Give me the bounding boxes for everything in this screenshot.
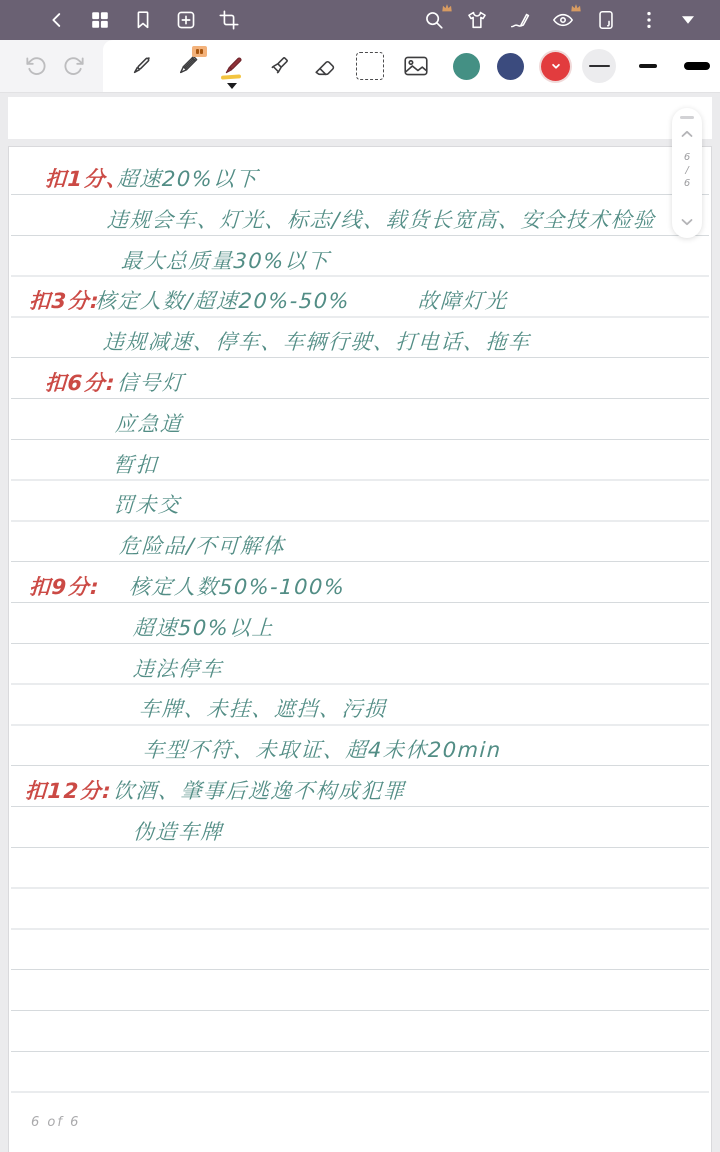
color-swatches-group: [453, 52, 570, 81]
deduction-heading: 扣12分:: [24, 776, 113, 806]
navbar-right-group: [422, 8, 696, 32]
deduction-heading: 扣9分:: [28, 572, 101, 602]
reading-mode-eye-icon[interactable]: [551, 8, 575, 32]
navbar-left-group: [45, 8, 241, 32]
color-swatch-red-selected[interactable]: [541, 52, 570, 81]
page-fraction-separator: /: [685, 164, 688, 177]
lasso-rectangle: [356, 52, 384, 80]
search-icon[interactable]: [422, 8, 446, 32]
premium-crown-icon: [441, 3, 453, 12]
red-pen-tool[interactable]: [217, 44, 247, 88]
color-swatch-navy[interactable]: [497, 53, 524, 80]
undo-icon[interactable]: [21, 44, 51, 88]
stroke-thickness-group: [582, 49, 714, 83]
collapse-toolbar-icon[interactable]: [680, 8, 696, 32]
bookmark-icon[interactable]: [131, 8, 155, 32]
pencil-promo-badge: [192, 46, 207, 57]
back-chevron-icon[interactable]: [45, 8, 69, 32]
handwriting-row: 违规会车、灯光、标志/线、载货长宽高、安全技术检验: [106, 205, 656, 235]
page-indicator: 6 of 6: [31, 1115, 80, 1130]
theme-shirt-icon[interactable]: [465, 8, 489, 32]
page-panel-icon[interactable]: [594, 8, 618, 32]
lasso-select-tool[interactable]: [355, 44, 385, 88]
pencil-tool[interactable]: [171, 44, 201, 88]
color-swatch-teal[interactable]: [453, 53, 480, 80]
handwriting-row: 核定人数/超速20%-50% 故障灯光: [94, 286, 508, 316]
red-pen-dropdown-caret[interactable]: [227, 83, 237, 89]
handwriting-row: 罚未交: [112, 490, 181, 520]
handwriting-row: 暂扣: [112, 450, 159, 480]
deduction-heading: 扣3分:: [28, 286, 101, 316]
current-page-number: 6: [684, 151, 690, 164]
crop-icon[interactable]: [217, 8, 241, 32]
handwriting-row: 危险品/不可解体: [118, 531, 286, 561]
handwriting-row: 伪造车牌: [132, 817, 224, 847]
handwriting-row: 饮酒、肇事后逃逸不构成犯罪: [112, 776, 406, 806]
pages-grid-icon[interactable]: [88, 8, 112, 32]
add-page-icon[interactable]: [174, 8, 198, 32]
app-window: 扣1分、超速20%以下违规会车、灯光、标志/线、载货长宽高、安全技术检验最大总质…: [0, 0, 720, 1152]
page-fraction: 6 / 6: [684, 151, 690, 190]
thickness-medium[interactable]: [631, 49, 665, 83]
thickness-thick[interactable]: [680, 49, 714, 83]
undo-redo-group: [20, 40, 90, 92]
ballpoint-pen-tool[interactable]: [125, 44, 155, 88]
handwriting-row: 车型不符、未取证、超4未休20min: [142, 735, 502, 765]
insert-image-tool[interactable]: [401, 44, 431, 88]
handwriting-row: 核定人数50%-100%: [128, 572, 346, 602]
deduction-heading: 扣6分:: [44, 368, 117, 398]
signature-pen-icon[interactable]: [508, 8, 532, 32]
handwriting-row: 超速50%以上: [132, 613, 275, 643]
page-scroller[interactable]: 6 / 6: [672, 108, 702, 238]
chevron-down-icon: [549, 59, 563, 73]
pen-tools-group: [117, 44, 439, 88]
navigation-bar: [0, 0, 720, 40]
handwriting-row: 违规减速、停车、车辆行驶、打电话、拖车: [102, 327, 531, 357]
more-options-icon[interactable]: [637, 8, 661, 32]
total-page-number: 6: [684, 177, 690, 190]
handwriting-row: 信号灯: [116, 368, 185, 398]
redo-icon[interactable]: [59, 44, 89, 88]
handwriting-row: 违法停车: [132, 654, 224, 684]
scroller-drag-handle[interactable]: [680, 116, 694, 119]
handwriting-layer: 扣1分、超速20%以下违规会车、灯光、标志/线、载货长宽高、安全技术检验最大总质…: [9, 147, 711, 1152]
chevron-up-icon[interactable]: [681, 125, 693, 143]
previous-page-bottom: [8, 97, 712, 139]
handwriting-row: 应急道: [114, 409, 183, 439]
chevron-down-icon[interactable]: [681, 213, 693, 231]
highlighter-tool[interactable]: [263, 44, 293, 88]
thickness-thin-selected[interactable]: [582, 49, 616, 83]
handwriting-row: 最大总质量30%以下: [120, 246, 330, 276]
tool-panel: [103, 40, 720, 92]
handwriting-row: 车牌、未挂、遮挡、污损: [138, 694, 387, 724]
edit-toolbar: [0, 40, 720, 93]
eraser-tool[interactable]: [309, 44, 339, 88]
premium-crown-icon: [570, 3, 582, 12]
notebook-page[interactable]: 扣1分、超速20%以下违规会车、灯光、标志/线、载货长宽高、安全技术检验最大总质…: [8, 146, 712, 1152]
handwriting-row: 超速20%以下: [116, 164, 259, 194]
